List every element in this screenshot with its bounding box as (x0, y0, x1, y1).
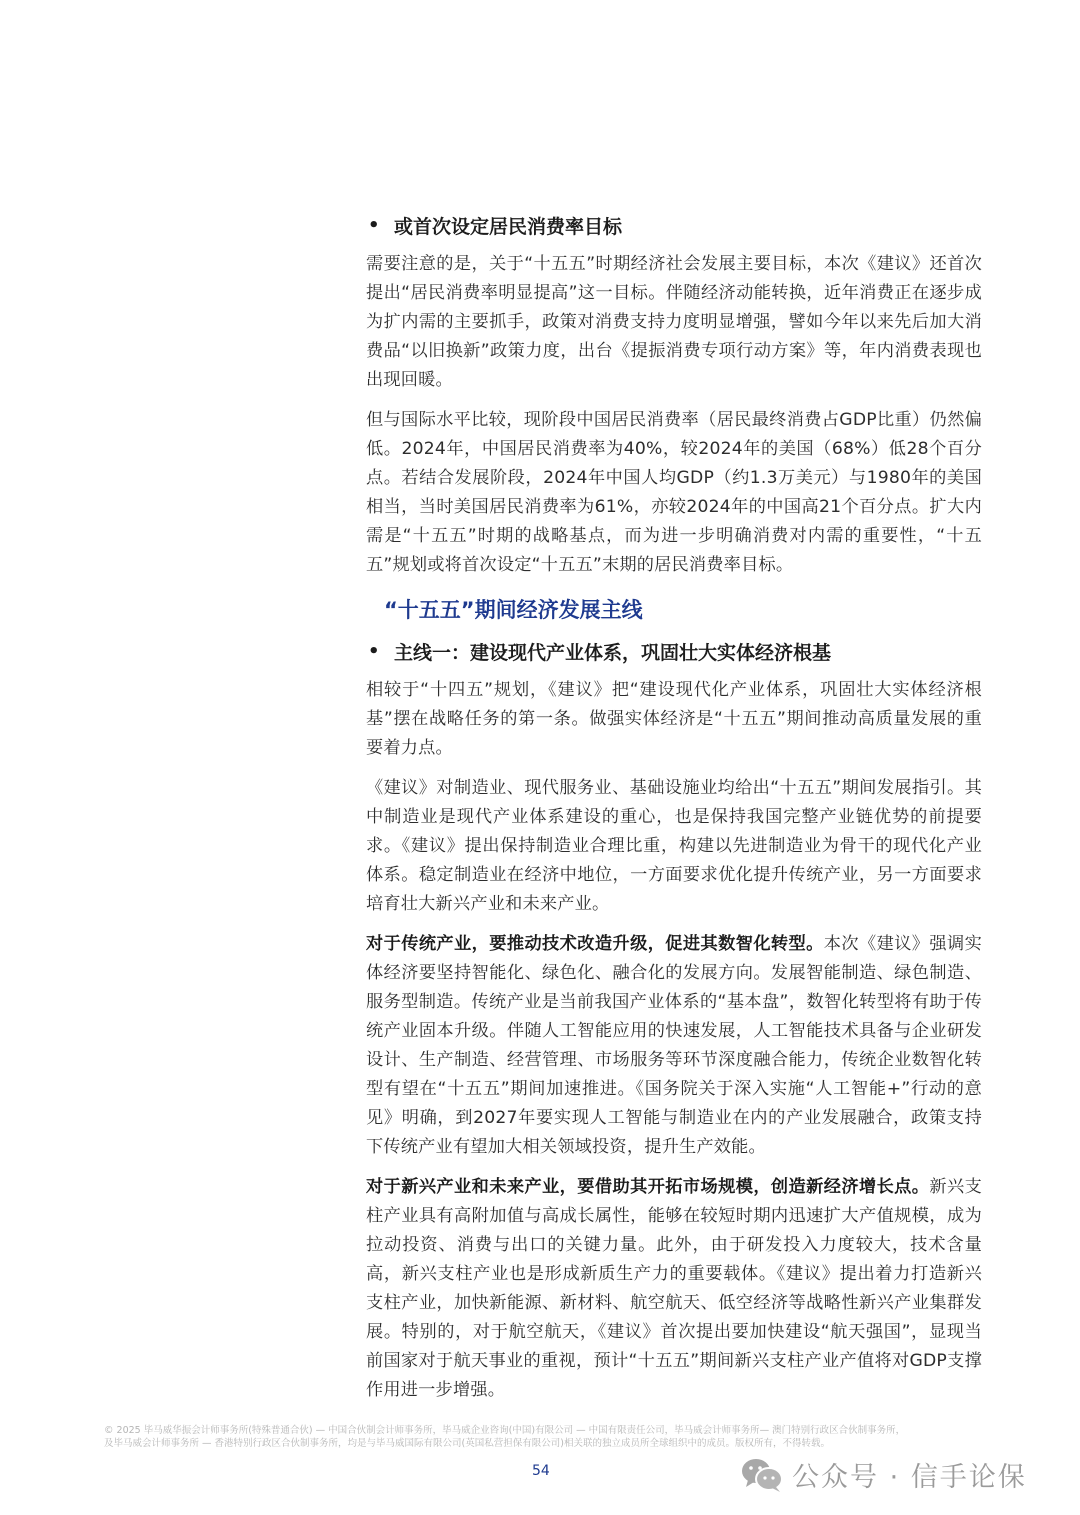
wechat-icon (740, 1457, 784, 1493)
paragraph-text: 本次《建议》强调实体经济要坚持智能化、绿色化、融合化的发展方向。发展智能制造、绿… (366, 934, 982, 1157)
bullet-heading-main-line-one: • 主线一：建设现代产业体系，巩固壮大实体经济根基 (366, 636, 982, 666)
document-page: • 或首次设定居民消费率目标 需要注意的是，关于“十五五”时期经济社会发展主要目… (0, 0, 1080, 1515)
bullet-icon: • (366, 641, 394, 662)
bullet-heading-consumption-rate: • 或首次设定居民消费率目标 (366, 210, 982, 240)
watermark: 公众号 · 信手论保 (740, 1455, 1027, 1494)
paragraph: 《建议》对制造业、现代服务业、基础设施业均给出“十五五”期间发展指引。其中制造业… (366, 774, 982, 919)
footer-legal-notice: © 2025 毕马威华振会计师事务所(特殊普通合伙) — 中国合伙制会计师事务所… (104, 1424, 984, 1450)
bold-lead: 对于新兴产业和未来产业，要借助其开拓市场规模，创造新经济增长点。 (366, 1177, 929, 1197)
watermark-text: 公众号 · 信手论保 (792, 1455, 1027, 1494)
bullet-icon: • (366, 215, 394, 236)
page-content: • 或首次设定居民消费率目标 需要注意的是，关于“十五五”时期经济社会发展主要目… (366, 210, 982, 1416)
paragraph-text: 新兴支柱产业具有高附加值与高成长属性，能够在较短时期内迅速扩大产值规模，成为拉动… (366, 1177, 982, 1400)
page-number: 54 (532, 1463, 550, 1479)
paragraph-emerging-industry: 对于新兴产业和未来产业，要借助其开拓市场规模，创造新经济增长点。新兴支柱产业具有… (366, 1173, 982, 1405)
legal-line: 及毕马威会计师事务所 — 香港特别行政区合伙制事务所，均是与毕马威国际有限公司(… (104, 1437, 984, 1450)
section-title: “十五五”期间经济发展主线 (384, 594, 982, 626)
heading-text: 或首次设定居民消费率目标 (394, 212, 622, 239)
legal-line: © 2025 毕马威华振会计师事务所(特殊普通合伙) — 中国合伙制会计师事务所… (104, 1424, 984, 1437)
bold-lead: 对于传统产业，要推动技术改造升级，促进其数智化转型。 (366, 934, 824, 954)
paragraph: 需要注意的是，关于“十五五”时期经济社会发展主要目标，本次《建议》还首次提出“居… (366, 250, 982, 395)
heading-text: 主线一：建设现代产业体系，巩固壮大实体经济根基 (394, 638, 831, 665)
paragraph-traditional-industry: 对于传统产业，要推动技术改造升级，促进其数智化转型。本次《建议》强调实体经济要坚… (366, 930, 982, 1162)
paragraph: 但与国际水平比较，现阶段中国居民消费率（居民最终消费占GDP比重）仍然偏低。20… (366, 406, 982, 580)
paragraph: 相较于“十四五”规划，《建议》把“建设现代化产业体系，巩固壮大实体经济根基”摆在… (366, 676, 982, 763)
